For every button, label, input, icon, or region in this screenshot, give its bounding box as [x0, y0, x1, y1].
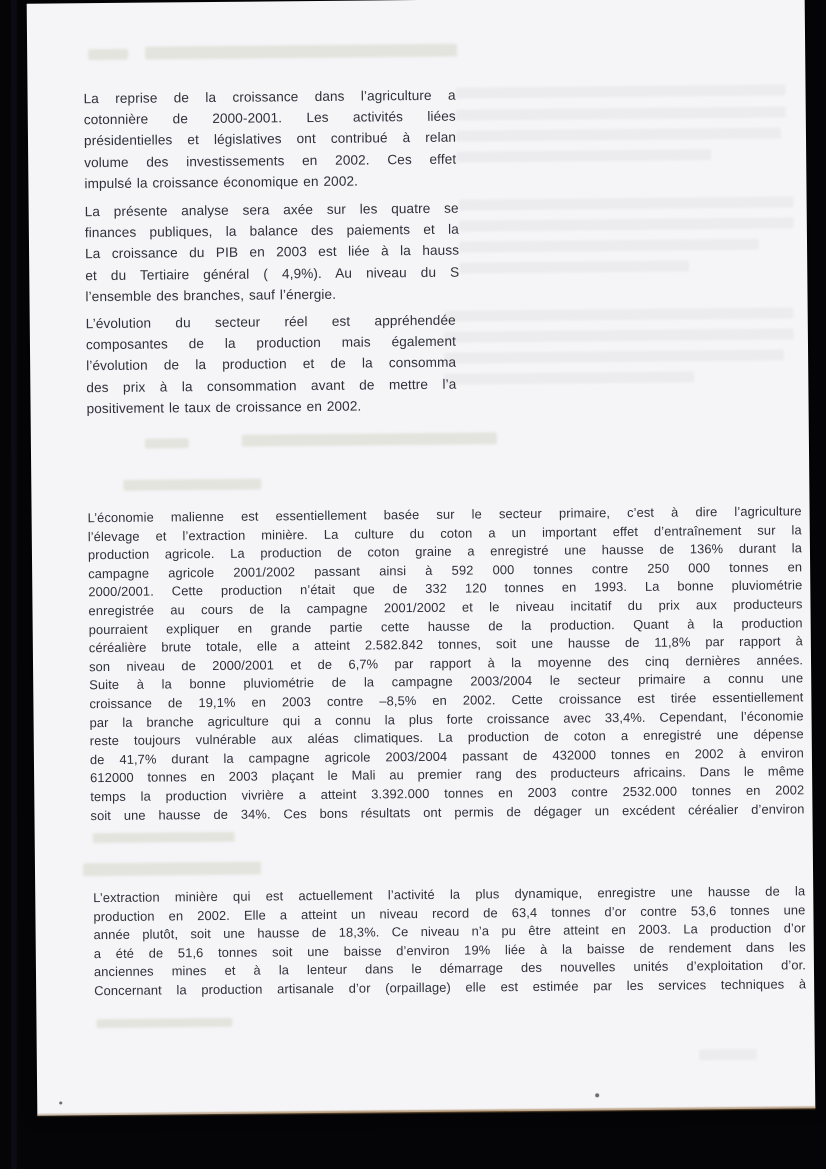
text-line: volume des investissements en 2002. Ces … — [84, 148, 456, 173]
faded-text-ghost — [96, 1018, 232, 1028]
faded-heading-title — [145, 44, 457, 60]
faded-text-ghost — [83, 862, 261, 877]
faded-section-number — [145, 438, 189, 448]
text-line: des prix à la consommation avant de mett… — [86, 373, 456, 398]
scan-speck — [59, 1101, 62, 1104]
faded-text-ghost — [456, 106, 786, 120]
text-line: positivement le taux de croissance en 20… — [86, 394, 456, 419]
faded-text-ghost — [93, 832, 235, 843]
faded-section-title — [242, 432, 497, 446]
faded-text-ghost — [444, 350, 784, 364]
paragraph-intro-3: L’évolution du secteur réel est appréhen… — [86, 310, 457, 419]
faded-text-ghost — [456, 149, 711, 162]
text-line: La croissance du PIB en 2003 est liée à … — [85, 240, 459, 265]
faded-text-ghost — [459, 260, 689, 273]
paragraph-mining: L’extraction minière qui est actuellemen… — [93, 882, 806, 1000]
text-line: l’ensemble des branches, sauf l’énergie. — [85, 282, 459, 307]
document-page: La reprise de la croissance dans l’agric… — [27, 0, 816, 1116]
faded-text-ghost — [456, 128, 781, 142]
paragraph-intro-2: La présente analyse sera axée sur les qu… — [85, 198, 460, 308]
faded-heading-number — [88, 49, 128, 60]
text-line: présidentielles et législatives ont cont… — [84, 127, 456, 152]
faded-text-ghost — [444, 307, 794, 321]
faded-footer-mark — [699, 1049, 757, 1061]
faded-subheading — [123, 479, 261, 491]
text-line: impulsé la croissance économique en 2002… — [84, 169, 456, 194]
faded-text-ghost — [444, 328, 794, 342]
paragraph-primary-sector: L’économie malienne est essentiellement … — [88, 502, 805, 825]
faded-text-ghost — [459, 239, 759, 253]
text-line: l’évolution de la production et de la co… — [86, 352, 456, 377]
text-line: et du Tertiaire général ( 4,9%). Au nive… — [85, 261, 459, 286]
faded-text-ghost — [459, 196, 794, 210]
faded-text-ghost — [456, 84, 786, 98]
faded-text-ghost — [444, 371, 694, 384]
faded-text-ghost — [459, 217, 794, 231]
scan-speck — [595, 1093, 599, 1097]
paragraph-intro-1: La reprise de la croissance dans l’agric… — [83, 85, 456, 195]
